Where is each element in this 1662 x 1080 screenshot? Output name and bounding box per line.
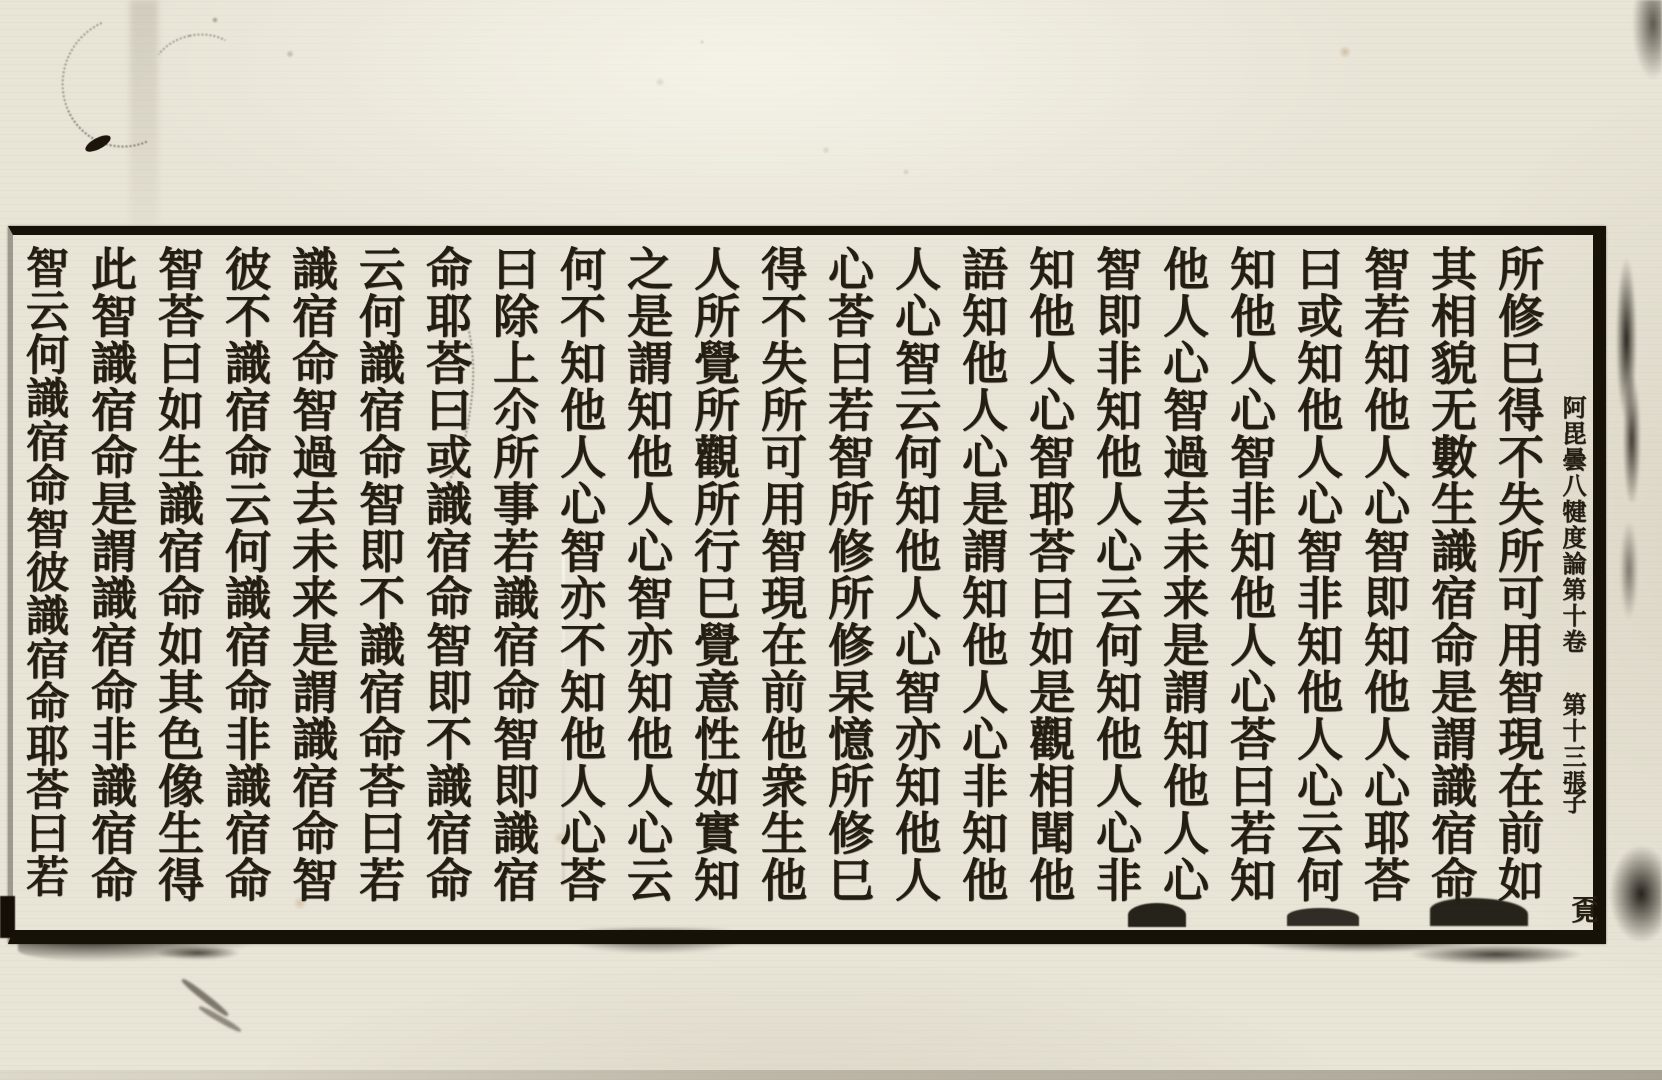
text-column-19: 識宿命智過去未来是謂識宿命智 bbox=[278, 245, 345, 925]
text-column-12: 得不失所可用智現在前他衆生他 bbox=[747, 245, 814, 925]
text-column-13: 人所覺所觀所行巳覺意性如實知 bbox=[680, 245, 747, 925]
text-column-9: 語知他人心是謂知他人心非知他 bbox=[948, 245, 1015, 925]
ink-smudge bbox=[180, 977, 230, 1018]
text-column-3: 智若知他人心智即知他人心耶荅 bbox=[1350, 245, 1417, 925]
text-column-1: 所修巳得不失所可用智現在前如 bbox=[1484, 245, 1551, 925]
text-column-14: 之是謂知他人心智亦知他人心云 bbox=[613, 245, 680, 925]
ink-smudge bbox=[1612, 252, 1648, 502]
text-column-11: 心荅曰若智所修所修杲憶所修巳 bbox=[814, 245, 881, 925]
text-column-22: 此智識宿命是謂識宿命非識宿命 bbox=[77, 245, 144, 925]
text-column-7: 智即非知他人心云何知他人心非 bbox=[1082, 245, 1149, 925]
manuscript-page: 阿毘曇八犍度論第十卷 第十三張 子 覔 所修巳得不失所可用智現在前如其相貌无數生… bbox=[0, 0, 1662, 1080]
text-column-17: 命耶荅曰或識宿命智即不識宿命 bbox=[412, 245, 479, 925]
text-column-4: 曰或知他人心智非知他人心云何 bbox=[1283, 245, 1350, 925]
text-column-18: 云何識宿命智即不識宿命荅曰若 bbox=[345, 245, 412, 925]
ink-smudge bbox=[198, 1004, 243, 1033]
text-column-2: 其相貌无數生識宿命是謂識宿命 bbox=[1417, 245, 1484, 925]
paper-shadow bbox=[130, 0, 158, 226]
text-column-6: 他人心智過去未来是謂知他人心 bbox=[1149, 245, 1216, 925]
text-column-23: 智云何識宿命智彼識宿命耶荅曰若 bbox=[10, 245, 77, 925]
scripture-title: 阿毘曇八犍度論第十卷 bbox=[1555, 395, 1590, 655]
ink-smudge bbox=[1610, 846, 1662, 942]
ink-smudge bbox=[1620, 520, 1638, 620]
text-frame-border: 阿毘曇八犍度論第十卷 第十三張 子 覔 所修巳得不失所可用智現在前如其相貌无數生… bbox=[8, 226, 1606, 944]
text-column-8: 知他人心智耶荅曰如是觀相聞他 bbox=[1015, 245, 1082, 925]
text-column-5: 知他人心智非知他人心荅曰若知 bbox=[1216, 245, 1283, 925]
crease-mark bbox=[42, 0, 208, 167]
text-column-20: 彼不識宿命云何識宿命非識宿命 bbox=[211, 245, 278, 925]
sheet-number: 第十三張 bbox=[1555, 692, 1590, 796]
ink-spot bbox=[83, 132, 113, 155]
title-column: 阿毘曇八犍度論第十卷 第十三張 子 覔 bbox=[1551, 245, 1591, 925]
text-columns: 阿毘曇八犍度論第十卷 第十三張 子 覔 所修巳得不失所可用智現在前如其相貌无數生… bbox=[13, 235, 1593, 930]
crease-mark bbox=[143, 25, 250, 117]
text-column-10: 人心智云何知他人心智亦知他人 bbox=[881, 245, 948, 925]
text-column-15: 何不知他人心智亦不知他人心荅 bbox=[546, 245, 613, 925]
text-column-21: 智荅曰如生識宿命如其色像生得 bbox=[144, 245, 211, 925]
volume-marker: 子 bbox=[1555, 790, 1590, 816]
ink-smudge bbox=[1632, 0, 1662, 80]
text-column-16: 曰除上尒所事若識宿命智即識宿 bbox=[479, 245, 546, 925]
corner-mark: 覔 bbox=[1563, 895, 1603, 925]
